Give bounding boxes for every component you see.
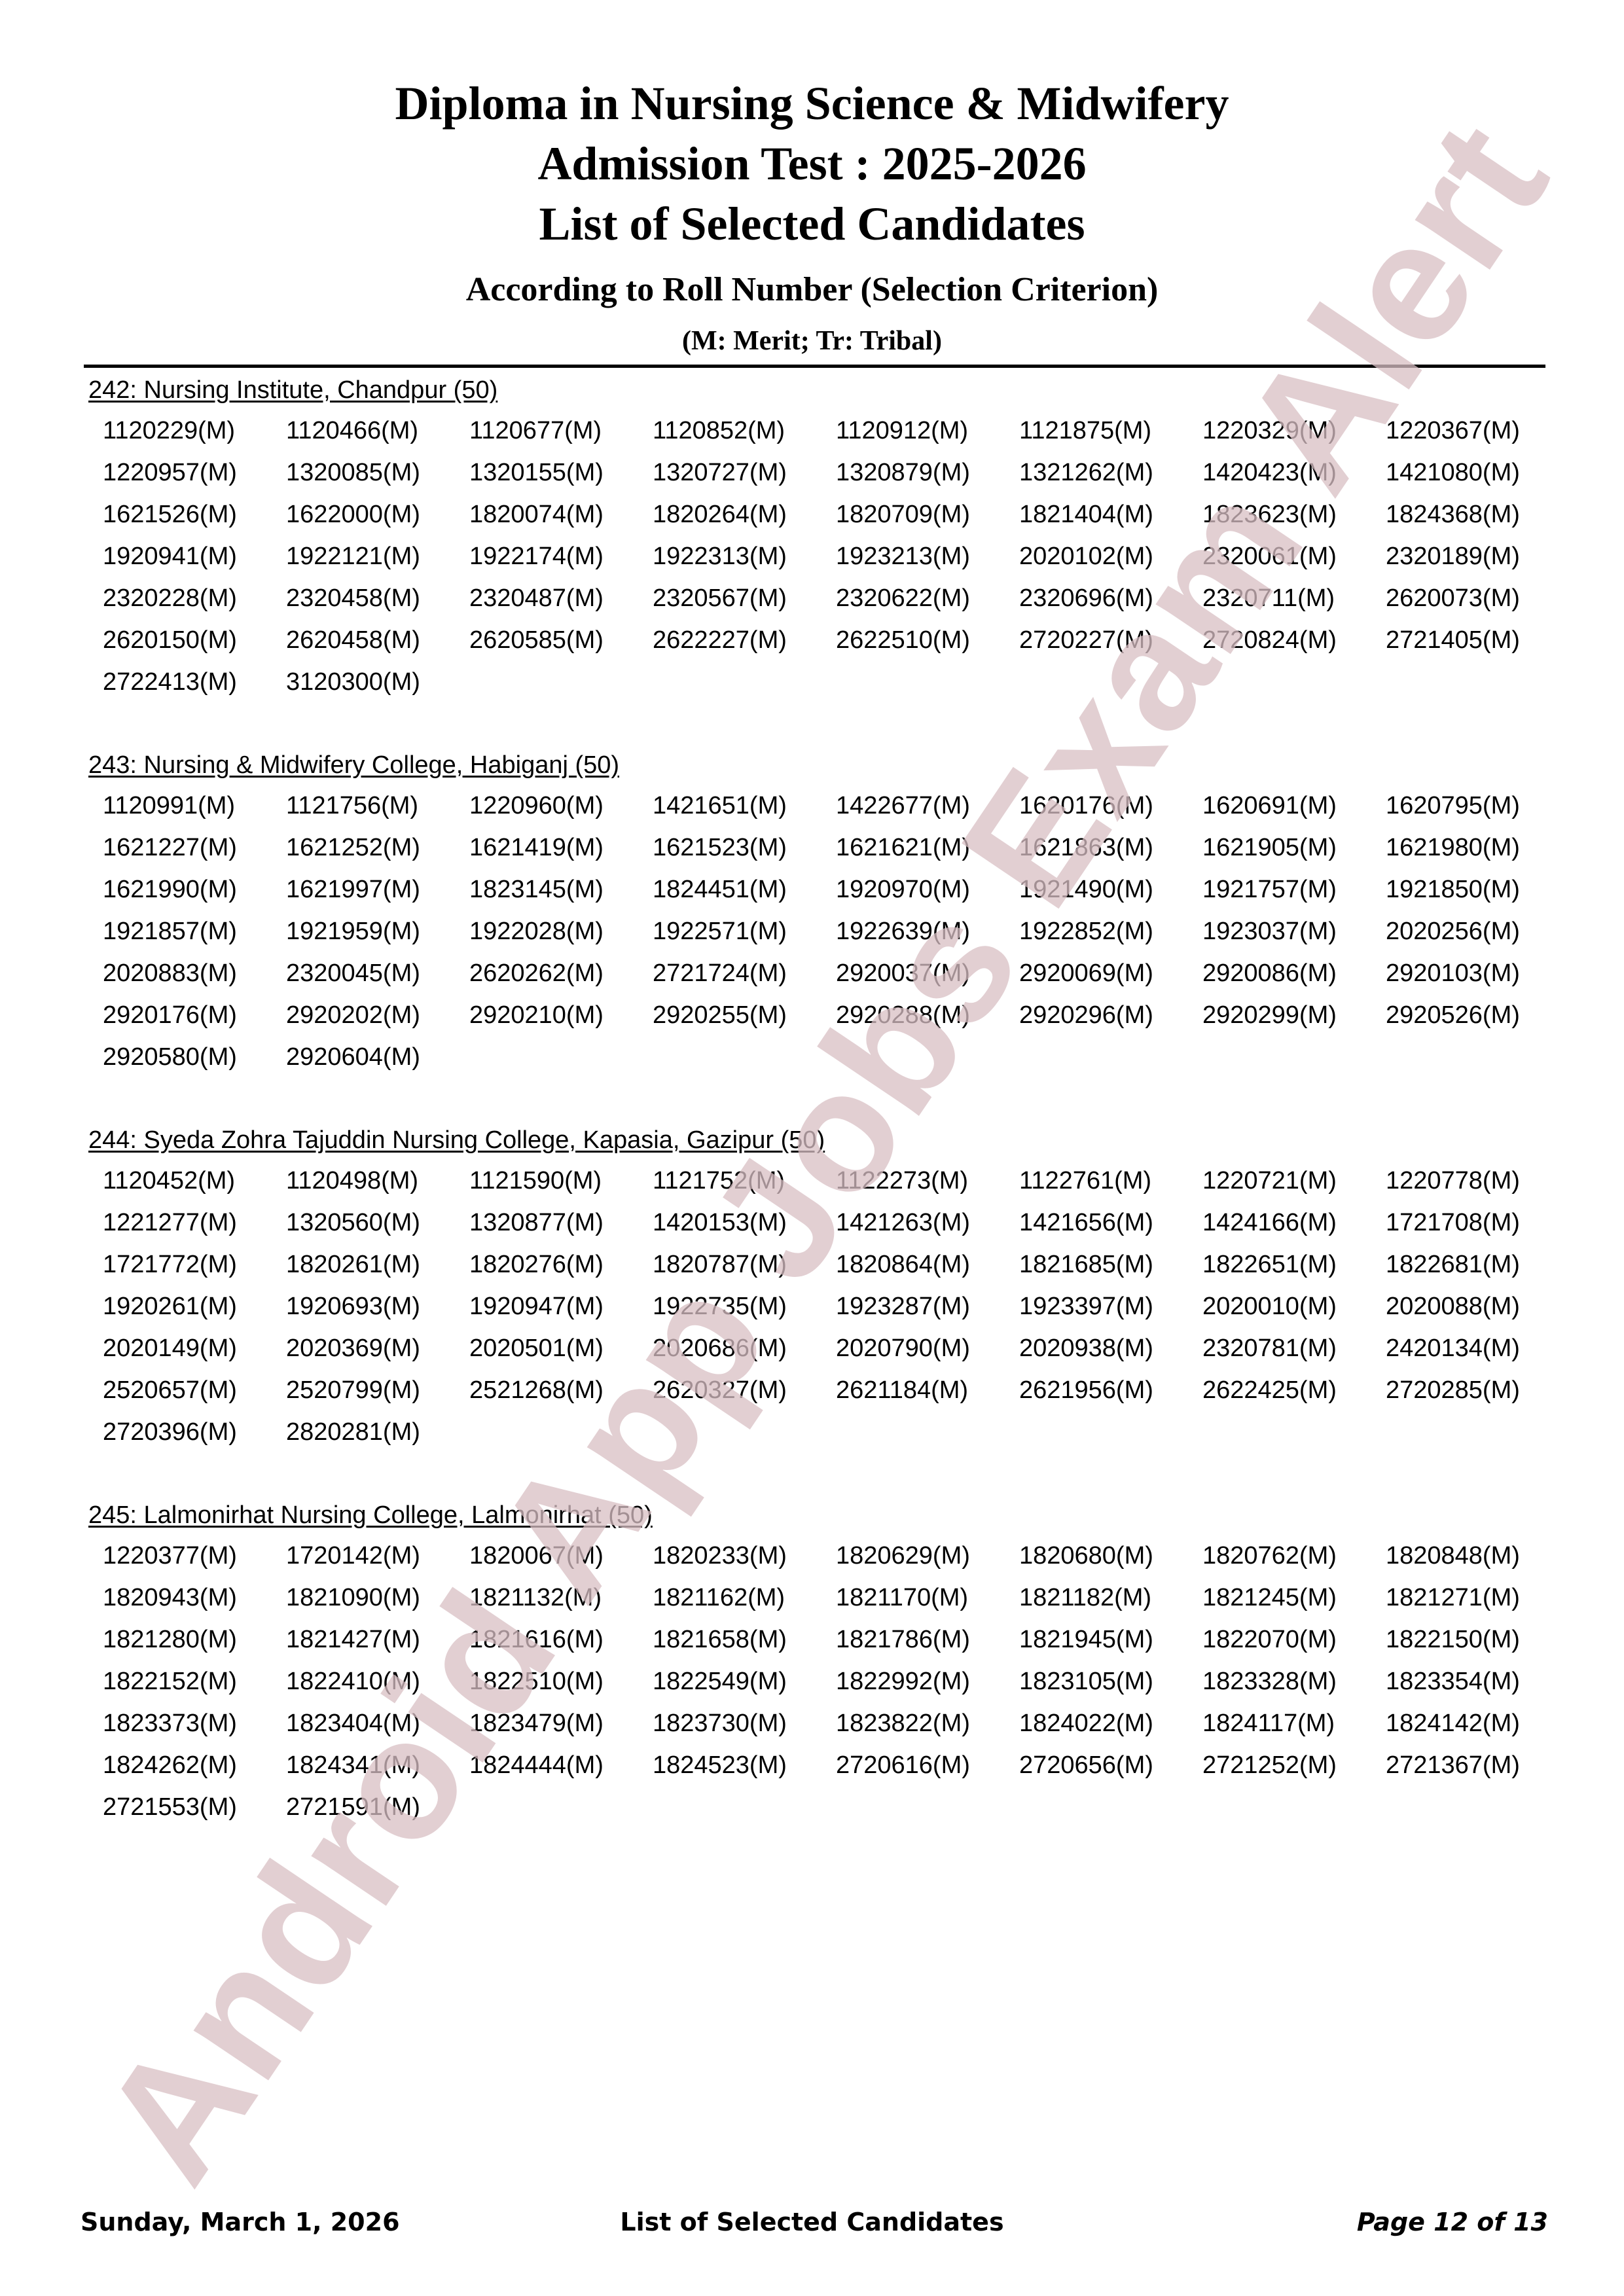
roll-number: 1820762(M) xyxy=(1202,1535,1386,1577)
roll-number: 1922571(M) xyxy=(653,910,836,952)
roll-number: 1121756(M) xyxy=(286,785,469,827)
roll-number: 1820709(M) xyxy=(836,493,1019,535)
roll-number: 2622227(M) xyxy=(653,619,836,661)
roll-number: 1824142(M) xyxy=(1386,1702,1569,1744)
roll-number: 1820787(M) xyxy=(653,1244,836,1285)
roll-number: 2020883(M) xyxy=(103,952,286,994)
roll-number: 1920970(M) xyxy=(836,869,1019,910)
roll-number: 2020010(M) xyxy=(1202,1285,1386,1327)
roll-number: 1821162(M) xyxy=(653,1577,836,1619)
roll-number: 1822510(M) xyxy=(469,1660,653,1702)
roll-number: 2721724(M) xyxy=(653,952,836,994)
roll-grid: 1120229(M)1120466(M)1120677(M)1120852(M)… xyxy=(103,410,1555,703)
roll-number: 2320061(M) xyxy=(1202,535,1386,577)
roll-number: 1923397(M) xyxy=(1019,1285,1202,1327)
roll-number: 1822681(M) xyxy=(1386,1244,1569,1285)
roll-number: 1921959(M) xyxy=(286,910,469,952)
roll-number: 2720616(M) xyxy=(836,1744,1019,1786)
institute-section-243: 243: Nursing & Midwifery College, Habiga… xyxy=(88,751,1555,1078)
roll-number: 1220957(M) xyxy=(103,452,286,493)
roll-number: 1621227(M) xyxy=(103,827,286,869)
roll-number: 1821404(M) xyxy=(1019,493,1202,535)
roll-number: 1420423(M) xyxy=(1202,452,1386,493)
roll-number: 1823105(M) xyxy=(1019,1660,1202,1702)
roll-number: 1920693(M) xyxy=(286,1285,469,1327)
roll-number: 1820233(M) xyxy=(653,1535,836,1577)
roll-number: 1922313(M) xyxy=(653,535,836,577)
institute-section-244: 244: Syeda Zohra Tajuddin Nursing Colleg… xyxy=(88,1126,1555,1453)
roll-number: 1921757(M) xyxy=(1202,869,1386,910)
roll-number: 1821685(M) xyxy=(1019,1244,1202,1285)
roll-number: 2920069(M) xyxy=(1019,952,1202,994)
roll-number: 1220778(M) xyxy=(1386,1160,1569,1202)
roll-number: 2620327(M) xyxy=(653,1369,836,1411)
roll-number: 1820864(M) xyxy=(836,1244,1019,1285)
roll-number: 1920941(M) xyxy=(103,535,286,577)
header-divider xyxy=(84,365,1545,368)
roll-number: 2020790(M) xyxy=(836,1327,1019,1369)
institute-section-242: 242: Nursing Institute, Chandpur (50) 11… xyxy=(88,376,1555,703)
roll-number: 2621956(M) xyxy=(1019,1369,1202,1411)
roll-number: 1424166(M) xyxy=(1202,1202,1386,1244)
roll-number: 2622425(M) xyxy=(1202,1369,1386,1411)
roll-number: 1620176(M) xyxy=(1019,785,1202,827)
roll-number: 2721553(M) xyxy=(103,1786,286,1828)
roll-number: 1621252(M) xyxy=(286,827,469,869)
roll-number: 2920210(M) xyxy=(469,994,653,1036)
roll-number: 1420153(M) xyxy=(653,1202,836,1244)
roll-number: 1921490(M) xyxy=(1019,869,1202,910)
roll-number: 2920288(M) xyxy=(836,994,1019,1036)
roll-number: 1821182(M) xyxy=(1019,1577,1202,1619)
roll-number: 1824444(M) xyxy=(469,1744,653,1786)
roll-number: 2720285(M) xyxy=(1386,1369,1569,1411)
roll-number: 2520657(M) xyxy=(103,1369,286,1411)
roll-number: 1620795(M) xyxy=(1386,785,1569,827)
roll-number: 1922735(M) xyxy=(653,1285,836,1327)
roll-number: 1120229(M) xyxy=(103,410,286,452)
roll-number: 1822152(M) xyxy=(103,1660,286,1702)
roll-number: 1120912(M) xyxy=(836,410,1019,452)
roll-number: 1120466(M) xyxy=(286,410,469,452)
roll-number: 1422677(M) xyxy=(836,785,1019,827)
roll-number: 1922639(M) xyxy=(836,910,1019,952)
roll-number: 2920296(M) xyxy=(1019,994,1202,1036)
title-line-2: Admission Test : 2025-2026 xyxy=(0,134,1624,194)
roll-number: 1122273(M) xyxy=(836,1160,1019,1202)
roll-number: 1822651(M) xyxy=(1202,1244,1386,1285)
roll-number: 1821616(M) xyxy=(469,1619,653,1660)
roll-number: 1820067(M) xyxy=(469,1535,653,1577)
roll-number: 1121752(M) xyxy=(653,1160,836,1202)
roll-number: 1821090(M) xyxy=(286,1577,469,1619)
roll-number: 1121875(M) xyxy=(1019,410,1202,452)
roll-number: 2920299(M) xyxy=(1202,994,1386,1036)
roll-number: 1824341(M) xyxy=(286,1744,469,1786)
title-line-1: Diploma in Nursing Science & Midwifery xyxy=(0,73,1624,134)
roll-number: 1822150(M) xyxy=(1386,1619,1569,1660)
roll-number: 2721252(M) xyxy=(1202,1744,1386,1786)
roll-number: 1822549(M) xyxy=(653,1660,836,1702)
roll-number: 2721591(M) xyxy=(286,1786,469,1828)
roll-number: 2620073(M) xyxy=(1386,577,1569,619)
roll-number: 2320045(M) xyxy=(286,952,469,994)
roll-number: 2020256(M) xyxy=(1386,910,1569,952)
roll-number: 1823373(M) xyxy=(103,1702,286,1744)
roll-number: 2920103(M) xyxy=(1386,952,1569,994)
roll-number: 1823822(M) xyxy=(836,1702,1019,1744)
roll-number: 1820848(M) xyxy=(1386,1535,1569,1577)
quota-legend: (M: Merit; Tr: Tribal) xyxy=(0,323,1624,359)
roll-number: 2020102(M) xyxy=(1019,535,1202,577)
roll-number: 2020149(M) xyxy=(103,1327,286,1369)
roll-number: 2721405(M) xyxy=(1386,619,1569,661)
roll-number: 1823730(M) xyxy=(653,1702,836,1744)
roll-number: 2920580(M) xyxy=(103,1036,286,1078)
roll-number: 2720656(M) xyxy=(1019,1744,1202,1786)
roll-number: 2320622(M) xyxy=(836,577,1019,619)
roll-number: 1920261(M) xyxy=(103,1285,286,1327)
roll-grid: 1120991(M)1121756(M)1220960(M)1421651(M)… xyxy=(103,785,1555,1078)
roll-number: 1220960(M) xyxy=(469,785,653,827)
roll-number: 1122761(M) xyxy=(1019,1160,1202,1202)
roll-number: 1120991(M) xyxy=(103,785,286,827)
roll-number: 1421263(M) xyxy=(836,1202,1019,1244)
roll-number: 2020686(M) xyxy=(653,1327,836,1369)
roll-number: 1820629(M) xyxy=(836,1535,1019,1577)
roll-number: 2020088(M) xyxy=(1386,1285,1569,1327)
roll-number: 2722413(M) xyxy=(103,661,286,703)
roll-number: 1923213(M) xyxy=(836,535,1019,577)
footer-page-number: Page 12 of 13 xyxy=(1357,2207,1548,2237)
roll-number: 1820276(M) xyxy=(469,1244,653,1285)
roll-number: 1220329(M) xyxy=(1202,410,1386,452)
roll-number: 2720824(M) xyxy=(1202,619,1386,661)
roll-number: 1921850(M) xyxy=(1386,869,1569,910)
roll-number: 1220367(M) xyxy=(1386,410,1569,452)
institute-section-245: 245: Lalmonirhat Nursing College, Lalmon… xyxy=(88,1501,1555,1828)
roll-number: 1822992(M) xyxy=(836,1660,1019,1702)
roll-number: 1220721(M) xyxy=(1202,1160,1386,1202)
roll-number: 2320696(M) xyxy=(1019,577,1202,619)
roll-number: 1922121(M) xyxy=(286,535,469,577)
roll-number: 2521268(M) xyxy=(469,1369,653,1411)
roll-number: 2920526(M) xyxy=(1386,994,1569,1036)
roll-number: 2620262(M) xyxy=(469,952,653,994)
roll-number: 2920604(M) xyxy=(286,1036,469,1078)
roll-number: 1621980(M) xyxy=(1386,827,1569,869)
roll-number: 1923037(M) xyxy=(1202,910,1386,952)
roll-number: 2020369(M) xyxy=(286,1327,469,1369)
roll-number: 1621526(M) xyxy=(103,493,286,535)
roll-number: 2920037(M) xyxy=(836,952,1019,994)
selection-criterion-subtitle: According to Roll Number (Selection Crit… xyxy=(0,268,1624,312)
roll-number: 1822070(M) xyxy=(1202,1619,1386,1660)
roll-number: 1821132(M) xyxy=(469,1577,653,1619)
roll-number: 1922852(M) xyxy=(1019,910,1202,952)
roll-number: 1920947(M) xyxy=(469,1285,653,1327)
institute-title: 245: Lalmonirhat Nursing College, Lalmon… xyxy=(88,1501,1555,1530)
roll-number: 2920255(M) xyxy=(653,994,836,1036)
roll-number: 1922028(M) xyxy=(469,910,653,952)
roll-number: 2721367(M) xyxy=(1386,1744,1569,1786)
roll-number: 1823328(M) xyxy=(1202,1660,1386,1702)
roll-number: 1621523(M) xyxy=(653,827,836,869)
roll-number: 1720142(M) xyxy=(286,1535,469,1577)
roll-number: 2020938(M) xyxy=(1019,1327,1202,1369)
roll-number: 1922174(M) xyxy=(469,535,653,577)
roll-number: 1821945(M) xyxy=(1019,1619,1202,1660)
roll-number: 2720396(M) xyxy=(103,1411,286,1453)
roll-number: 1221277(M) xyxy=(103,1202,286,1244)
roll-number: 1823623(M) xyxy=(1202,493,1386,535)
roll-number: 2820281(M) xyxy=(286,1411,469,1453)
roll-number: 1421080(M) xyxy=(1386,452,1569,493)
roll-number: 2920202(M) xyxy=(286,994,469,1036)
roll-number: 1923287(M) xyxy=(836,1285,1019,1327)
institute-title: 242: Nursing Institute, Chandpur (50) xyxy=(88,376,1555,404)
roll-number: 2420134(M) xyxy=(1386,1327,1569,1369)
roll-number: 2622510(M) xyxy=(836,619,1019,661)
roll-number: 2620585(M) xyxy=(469,619,653,661)
roll-number: 1321262(M) xyxy=(1019,452,1202,493)
roll-grid: 1120452(M)1120498(M)1121590(M)1121752(M)… xyxy=(103,1160,1555,1453)
roll-number: 2320189(M) xyxy=(1386,535,1569,577)
roll-number: 1120852(M) xyxy=(653,410,836,452)
roll-number: 1120498(M) xyxy=(286,1160,469,1202)
roll-number: 1421651(M) xyxy=(653,785,836,827)
roll-number: 1820680(M) xyxy=(1019,1535,1202,1577)
roll-number: 1822410(M) xyxy=(286,1660,469,1702)
roll-number: 1621905(M) xyxy=(1202,827,1386,869)
roll-number: 2320781(M) xyxy=(1202,1327,1386,1369)
roll-number: 1622000(M) xyxy=(286,493,469,535)
roll-number: 1421656(M) xyxy=(1019,1202,1202,1244)
roll-number: 1921857(M) xyxy=(103,910,286,952)
roll-number: 1821427(M) xyxy=(286,1619,469,1660)
roll-number: 1320560(M) xyxy=(286,1202,469,1244)
roll-number: 2520799(M) xyxy=(286,1369,469,1411)
roll-number: 2320458(M) xyxy=(286,577,469,619)
roll-number: 1821271(M) xyxy=(1386,1577,1569,1619)
roll-grid: 1220377(M)1720142(M)1820067(M)1820233(M)… xyxy=(103,1535,1555,1828)
roll-number: 2620150(M) xyxy=(103,619,286,661)
roll-number: 2920086(M) xyxy=(1202,952,1386,994)
roll-number: 1820261(M) xyxy=(286,1244,469,1285)
roll-number: 1824022(M) xyxy=(1019,1702,1202,1744)
roll-number: 2320487(M) xyxy=(469,577,653,619)
roll-number: 2621184(M) xyxy=(836,1369,1019,1411)
title-line-3: List of Selected Candidates xyxy=(0,194,1624,254)
roll-number: 1621419(M) xyxy=(469,827,653,869)
roll-number: 1823145(M) xyxy=(469,869,653,910)
roll-number: 1821245(M) xyxy=(1202,1577,1386,1619)
roll-number: 2620458(M) xyxy=(286,619,469,661)
roll-number: 2020501(M) xyxy=(469,1327,653,1369)
roll-number: 1823479(M) xyxy=(469,1702,653,1744)
roll-number: 1820943(M) xyxy=(103,1577,286,1619)
roll-number: 1621990(M) xyxy=(103,869,286,910)
roll-number: 2720227(M) xyxy=(1019,619,1202,661)
roll-number: 1824451(M) xyxy=(653,869,836,910)
roll-number: 1821280(M) xyxy=(103,1619,286,1660)
roll-number: 2320228(M) xyxy=(103,577,286,619)
roll-number: 1120677(M) xyxy=(469,410,653,452)
roll-number: 1621997(M) xyxy=(286,869,469,910)
roll-number: 1120452(M) xyxy=(103,1160,286,1202)
institute-title: 244: Syeda Zohra Tajuddin Nursing Colleg… xyxy=(88,1126,1555,1155)
roll-number: 1320727(M) xyxy=(653,452,836,493)
roll-number: 1823354(M) xyxy=(1386,1660,1569,1702)
roll-number: 1220377(M) xyxy=(103,1535,286,1577)
roll-number: 1721708(M) xyxy=(1386,1202,1569,1244)
roll-number: 1823404(M) xyxy=(286,1702,469,1744)
roll-number: 1620691(M) xyxy=(1202,785,1386,827)
roll-number: 2320711(M) xyxy=(1202,577,1386,619)
roll-number: 1320879(M) xyxy=(836,452,1019,493)
roll-number: 3120300(M) xyxy=(286,661,469,703)
roll-number: 1320877(M) xyxy=(469,1202,653,1244)
roll-number: 1320155(M) xyxy=(469,452,653,493)
institute-title: 243: Nursing & Midwifery College, Habiga… xyxy=(88,751,1555,780)
roll-number: 1621621(M) xyxy=(836,827,1019,869)
roll-number: 1824523(M) xyxy=(653,1744,836,1786)
roll-number: 1121590(M) xyxy=(469,1160,653,1202)
roll-number: 1821170(M) xyxy=(836,1577,1019,1619)
roll-number: 1820264(M) xyxy=(653,493,836,535)
roll-number: 1721772(M) xyxy=(103,1244,286,1285)
roll-number: 1821658(M) xyxy=(653,1619,836,1660)
roll-number: 1621863(M) xyxy=(1019,827,1202,869)
roll-number: 1820074(M) xyxy=(469,493,653,535)
roll-number: 1824262(M) xyxy=(103,1744,286,1786)
roll-number: 2920176(M) xyxy=(103,994,286,1036)
roll-number: 1320085(M) xyxy=(286,452,469,493)
roll-number: 1821786(M) xyxy=(836,1619,1019,1660)
roll-number: 1824117(M) xyxy=(1202,1702,1386,1744)
roll-number: 2320567(M) xyxy=(653,577,836,619)
roll-number: 1824368(M) xyxy=(1386,493,1569,535)
